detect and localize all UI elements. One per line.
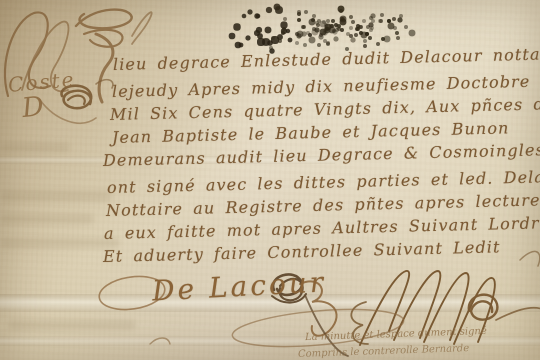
- registrar-note: La minutte et lespace dument signé: [305, 326, 487, 343]
- margin-initial: D: [20, 91, 45, 124]
- showthrough-smudge: [0, 190, 112, 202]
- manuscript-line: lieu degrace Enlestude dudit Delacour no…: [113, 46, 540, 73]
- showthrough-smudge: [0, 143, 70, 152]
- manuscript-line: Et aduerty faire Controllee Suivant Ledi…: [103, 239, 501, 265]
- ink-spatter: [0, 0, 2, 2]
- showthrough-smudge: [0, 214, 94, 224]
- notary-signature: De Lacour: [151, 265, 327, 307]
- oval-flourish: [150, 304, 405, 353]
- showthrough-smudge: [8, 320, 136, 330]
- manuscript-page: Coste D lieu degrace Enlestude dudit Del…: [0, 0, 540, 360]
- registrar-note: Comprins le contrerolle Bernarde: [298, 343, 469, 360]
